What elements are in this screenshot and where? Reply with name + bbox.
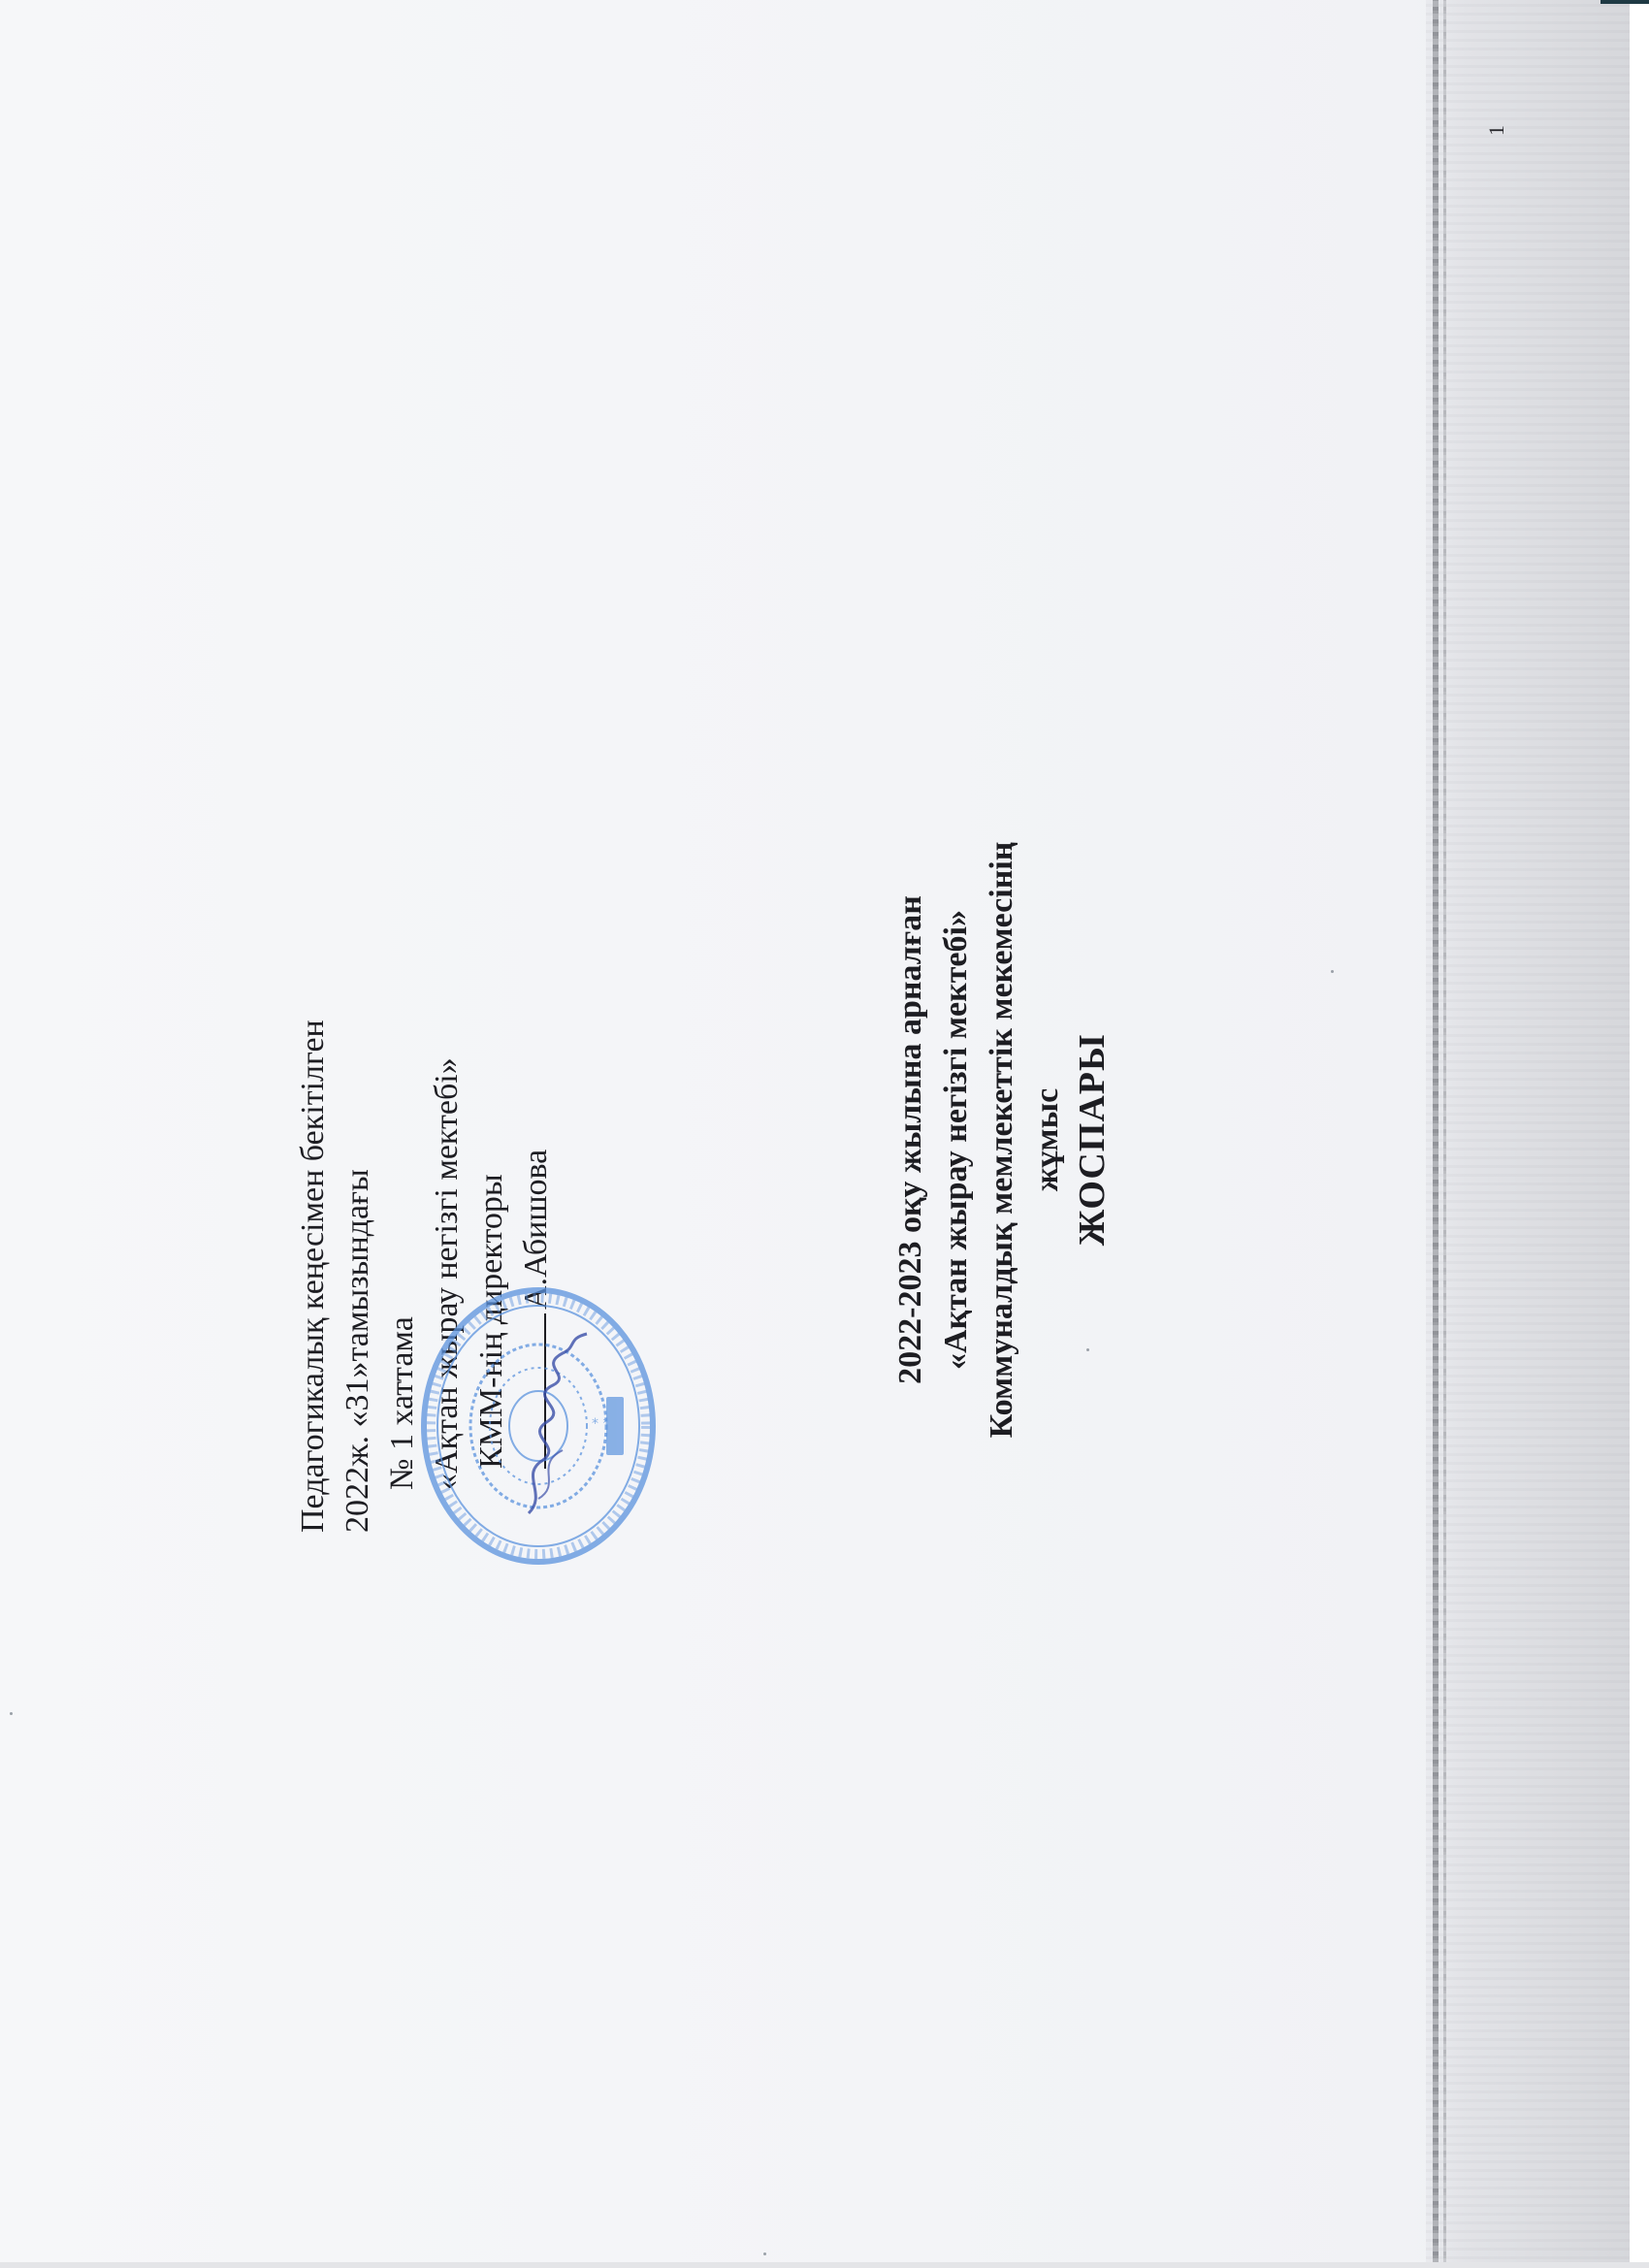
scanner-artifact-line <box>1433 0 1439 2268</box>
title-institution-type: Коммуналдық мемлекеттік мекемесінің <box>979 791 1024 1489</box>
signatory-name: А.Абишова <box>518 1150 554 1310</box>
title-academic-year: 2022-2023 оқу жылына арналған <box>888 791 933 1489</box>
scanned-page: Педагогикалық кеңесімен бекітілген 2022ж… <box>0 0 1649 2268</box>
document-title-block: 2022-2023 оқу жылына арналған «Ақтан жыр… <box>888 791 1115 1489</box>
title-plan: ЖОСПАРЫ <box>1070 791 1115 1489</box>
scan-bottom-edge <box>0 2262 1649 2268</box>
title-school-name: «Ақтан жырау негізгі мектебі» <box>933 791 979 1489</box>
svg-text:* *: * * <box>592 1416 609 1432</box>
scanner-margin-strip <box>1426 0 1630 2268</box>
approval-line-signatory: А.Абишова <box>514 1020 559 1533</box>
scan-corner-mark <box>1600 0 1649 4</box>
approval-line-director: КММ-нің директоры <box>469 1020 514 1533</box>
approval-line-protocol: № 1 хаттама <box>380 1020 425 1533</box>
signature-line <box>515 1313 546 1469</box>
approval-block: Педагогикалық кеңесімен бекітілген 2022ж… <box>291 1020 559 1533</box>
title-work: жұмыс <box>1024 791 1070 1489</box>
approval-line-date: 2022ж. «31»тамызындағы <box>336 1020 380 1533</box>
approval-line-council: Педагогикалық кеңесімен бекітілген <box>291 1020 336 1533</box>
approval-line-school: «Ақтан жырау негізгі мектебі» <box>425 1020 469 1533</box>
scan-edge <box>1630 0 1649 2268</box>
page-number: 1 <box>1484 125 1509 136</box>
scanner-artifact-line <box>1443 0 1446 2268</box>
